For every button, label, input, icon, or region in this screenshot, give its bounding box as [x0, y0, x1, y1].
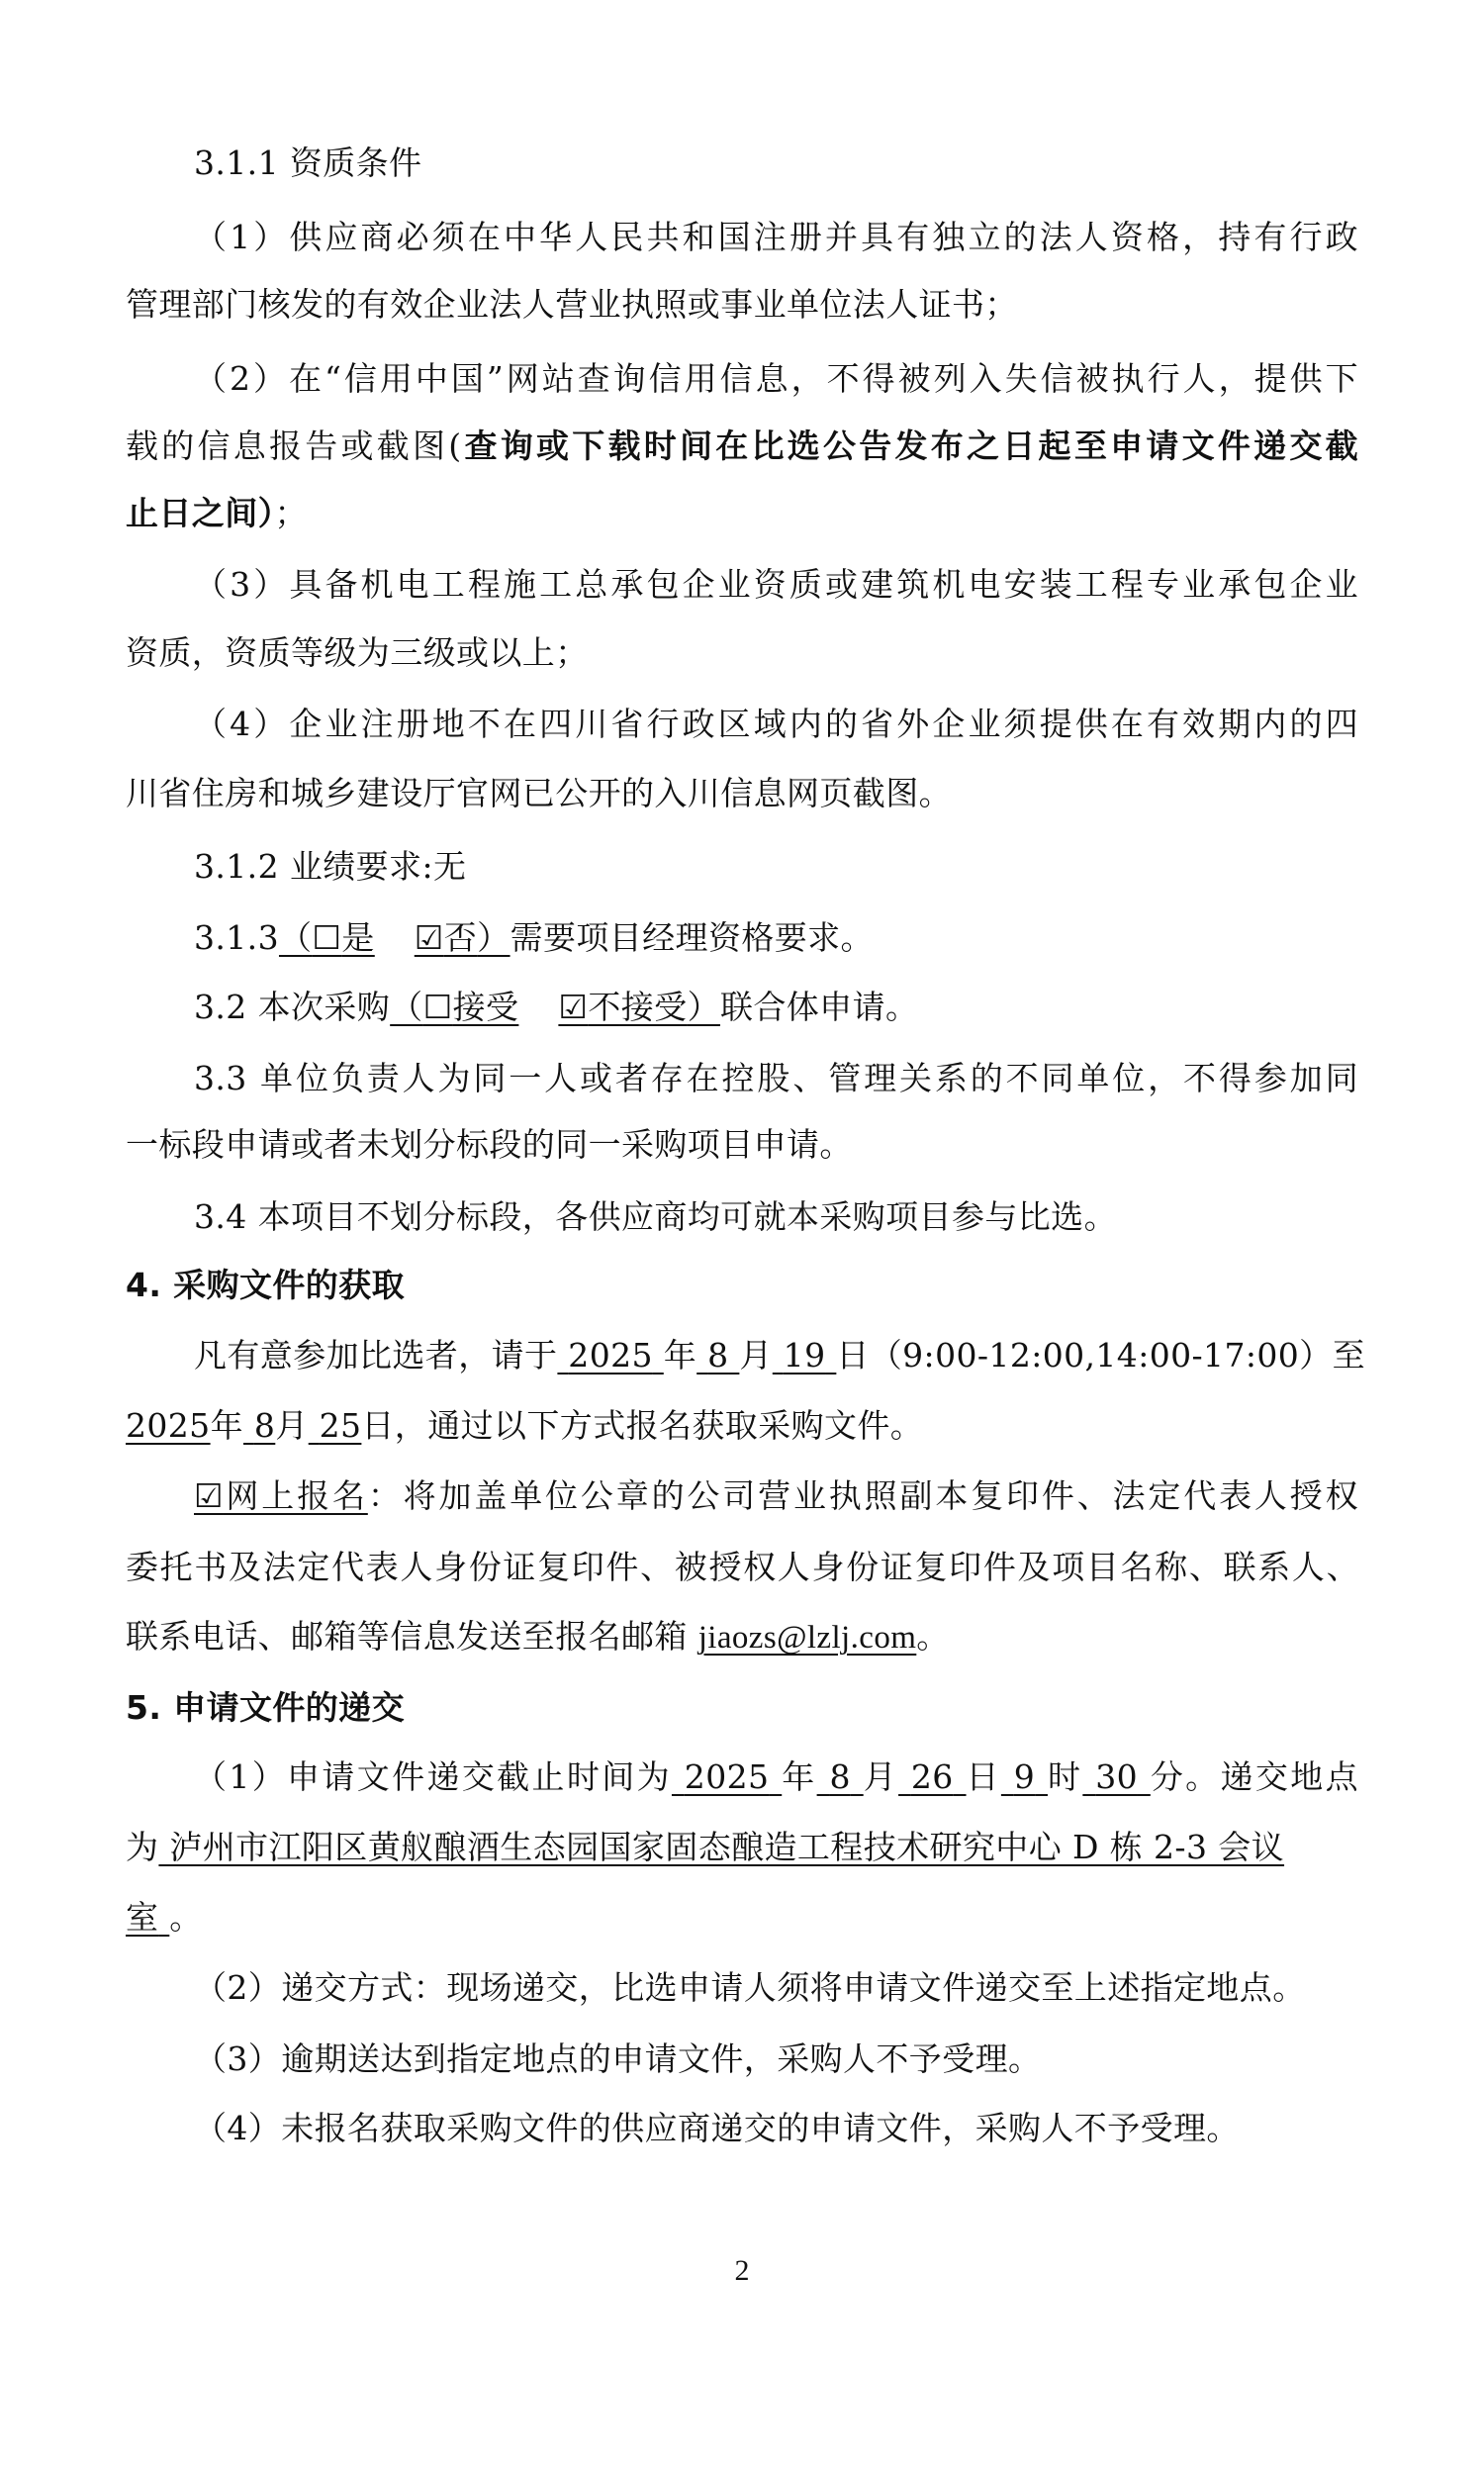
minute-label: 分。递交地点: [1151, 1757, 1358, 1796]
page-number: 2: [0, 2254, 1484, 2288]
qualification-item-1-line-1: （1）供应商必须在中华人民共和国注册并具有独立的法人资格，持有行政: [194, 210, 1358, 265]
online-registration-option[interactable]: ☑网上报名: [194, 1476, 368, 1515]
late-submission-rule: （3）逾期送达到指定地点的申请文件，采购人不予受理。: [194, 2032, 1358, 2087]
day-label: 日: [967, 1757, 1001, 1796]
qualification-item-2-line-3: 止日之间）；: [126, 486, 1358, 541]
online-registration-line-2: 委托书及法定代表人身份证复印件、被授权人身份证复印件及项目名称、联系人、: [126, 1540, 1358, 1595]
qualification-item-3-line-2: 资质，资质等级为三级或以上；: [126, 625, 1358, 681]
start-day: 19: [773, 1336, 837, 1375]
day-label: 日: [836, 1336, 869, 1375]
registration-email-link[interactable]: jiaozs@lzlj.com: [698, 1620, 917, 1656]
submission-place-line-2: 室 。: [126, 1890, 1358, 1945]
qualification-item-4-line-2: 川省住房和城乡建设厅官网已公开的入川信息网页截图。: [126, 766, 1358, 821]
deadline-minute-value: 30: [1095, 1757, 1138, 1796]
performance-requirement: 3.1.2 业绩要求:无: [194, 839, 1358, 895]
project-manager-requirement: 3.1.3（☐是 ☑否）需要项目经理资格要求。: [194, 910, 1358, 966]
document-page: 3.1.1 资质条件 （1）供应商必须在中华人民共和国注册并具有独立的法人资格，…: [0, 0, 1484, 2465]
submission-method: （2）递交方式：现场递交，比选申请人须将申请文件递交至上述指定地点。: [194, 1960, 1358, 2016]
office-hours: （9:00-12:00,14:00-17:00）至: [870, 1336, 1365, 1375]
end-day: 25: [309, 1406, 362, 1445]
month-label: 月: [739, 1336, 772, 1375]
submission-place-line-1: 为 泸州市江阳区黄舣酿酒生态园国家固态酿造工程技术研究中心 D 栋 2-3 会议: [126, 1820, 1358, 1875]
section-4-para-1-line-2: 2025年 8月 25日，通过以下方式报名获取采购文件。: [126, 1398, 1358, 1454]
end-month: 8: [243, 1406, 275, 1445]
option-no: 否: [444, 918, 477, 957]
s33-line-1: 3.3 单位负责人为同一人或者存在控股、管理关系的不同单位，不得参加同: [194, 1051, 1358, 1106]
qualification-item-2-line-2: 载的信息报告或截图(查询或下载时间在比选公告发布之日起至申请文件递交截: [126, 419, 1358, 474]
section-5-heading: 5. 申请文件的递交: [126, 1680, 1358, 1736]
item-2-text: 载的信息报告或截图(: [126, 427, 462, 465]
close-paren: ）: [688, 988, 720, 1026]
end-month-value: 8: [254, 1406, 275, 1445]
s34: 3.4 本项目不划分标段，各供应商均可就本采购项目参与比选。: [194, 1189, 1358, 1245]
submission-place-end: 室: [126, 1898, 158, 1937]
hour-label: 时: [1048, 1757, 1082, 1796]
deadline-minute: 30: [1082, 1757, 1150, 1796]
start-year-value: 2025: [568, 1336, 653, 1375]
consortium-requirement: 3.2 本次采购（☐接受 ☑不接受）联合体申请。: [194, 980, 1358, 1035]
deadline-hour: 9: [1001, 1757, 1048, 1796]
start-month: 8: [696, 1336, 739, 1375]
start-year: 2025: [557, 1336, 663, 1375]
deadline-day: 26: [898, 1757, 966, 1796]
para-tail: 日，通过以下方式报名获取采购文件。: [361, 1406, 923, 1445]
year-label: 年: [664, 1336, 696, 1375]
section-4-heading: 4. 采购文件的获取: [126, 1258, 1358, 1313]
deadline-lead: （1）申请文件递交截止时间为: [194, 1757, 672, 1796]
year-label: 年: [211, 1406, 243, 1445]
checked-box-icon[interactable]: ☑: [194, 1476, 224, 1515]
option-accept: 接受: [453, 988, 519, 1026]
submission-place: 泸州市江阳区黄舣酿酒生态园国家固态酿造工程技术研究中心 D 栋 2-3 会议: [158, 1828, 1284, 1866]
unchecked-box-icon[interactable]: ☐: [312, 918, 341, 957]
place-prefix: 为: [126, 1828, 158, 1866]
deadline-month: 8: [817, 1757, 864, 1796]
item-2-bold-note-end: 止日之间）: [126, 494, 275, 532]
deadline-line: （1）申请文件递交截止时间为 2025 年 8 月 26 日 9 时 30 分。…: [194, 1750, 1358, 1805]
s313-suffix: 需要项目经理资格要求。: [510, 918, 874, 957]
start-day-value: 19: [784, 1336, 826, 1375]
deadline-month-value: 8: [829, 1757, 850, 1796]
online-registration-line-1: ☑网上报名：将加盖单位公章的公司营业执照副本复印件、法定代表人授权: [194, 1469, 1358, 1524]
deadline-day-value: 26: [911, 1757, 954, 1796]
qualification-item-4-line-1: （4）企业注册地不在四川省行政区域内的省外企业须提供在有效期内的四: [194, 697, 1358, 752]
month-label: 月: [864, 1757, 898, 1796]
qualification-item-1-line-2: 管理部门核发的有效企业法人营业执照或事业单位法人证书；: [126, 277, 1358, 332]
checked-box-icon[interactable]: ☑: [415, 918, 444, 957]
period: 。: [916, 1617, 949, 1656]
s33-line-2: 一标段申请或者未划分标段的同一采购项目申请。: [126, 1117, 1358, 1173]
online-registration-label: 网上报名: [224, 1476, 368, 1515]
end-year: 2025: [126, 1406, 211, 1445]
section-4-para-1-line-1: 凡有意参加比选者，请于 2025 年 8 月 19 日（9:00-12:00,1…: [194, 1328, 1358, 1383]
end-day-value: 25: [320, 1406, 362, 1445]
online-registration-line-3: 联系电话、邮箱等信息发送至报名邮箱 jiaozs@lzlj.com。: [126, 1609, 1358, 1664]
s313-options: （☐是 ☑否）: [279, 918, 510, 957]
open-paren: （: [279, 918, 312, 957]
online-registration-text-end: 联系电话、邮箱等信息发送至报名邮箱: [126, 1617, 698, 1656]
period: 。: [169, 1898, 202, 1937]
item-2-semicolon: ；: [275, 494, 308, 532]
s32-prefix: 3.2 本次采购: [194, 988, 390, 1026]
month-label: 月: [275, 1406, 308, 1445]
deadline-hour-value: 9: [1014, 1757, 1035, 1796]
open-paren: （: [390, 988, 422, 1026]
s313-prefix: 3.1.3: [194, 918, 279, 957]
qualification-item-2-line-1: （2）在“信用中国”网站查询信用信息，不得被列入失信被执行人，提供下: [194, 351, 1358, 407]
unregistered-submission-rule: （4）未报名获取采购文件的供应商递交的申请文件，采购人不予受理。: [194, 2101, 1358, 2156]
para-lead: 凡有意参加比选者，请于: [194, 1336, 557, 1375]
checked-box-icon[interactable]: ☑: [558, 988, 588, 1026]
subsection-title-3-1-1: 3.1.1 资质条件: [194, 136, 1358, 191]
unchecked-box-icon[interactable]: ☐: [423, 988, 453, 1026]
year-label: 年: [782, 1757, 816, 1796]
s32-options: （☐接受 ☑不接受）: [390, 988, 720, 1026]
qualification-item-3-line-1: （3）具备机电工程施工总承包企业资质或建筑机电安装工程专业承包企业: [194, 557, 1358, 613]
option-yes: 是: [341, 918, 374, 957]
deadline-year: 2025: [672, 1757, 782, 1796]
online-registration-text: ：将加盖单位公章的公司营业执照副本复印件、法定代表人授权: [368, 1476, 1358, 1515]
deadline-year-value: 2025: [685, 1757, 770, 1796]
item-2-bold-note: 查询或下载时间在比选公告发布之日起至申请文件递交截: [462, 427, 1358, 465]
option-reject: 不接受: [588, 988, 687, 1026]
close-paren: ）: [477, 918, 510, 957]
start-month-value: 8: [707, 1336, 728, 1375]
s32-suffix: 联合体申请。: [720, 988, 918, 1026]
